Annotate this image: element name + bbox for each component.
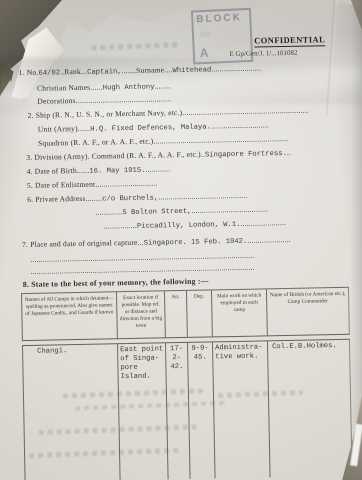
bleed-through-marks [91,42,181,50]
field-number-rank-surname: 1. No.64/02..Rank...Captain,.......Surna… [19,62,339,79]
cell-work: Administra- tive work. [212,341,268,372]
table-header-work: Main work on which employed in each camp [211,289,267,336]
table-header-camps: Names of All Camps in which detained—spe… [21,292,117,340]
no-value: 64/02 [38,69,60,77]
table-header-location: Exact location if possible. Map ref. or … [116,291,165,338]
field-date-of-enlistment: 5. Date of Enlistment...................… [27,177,217,192]
field-christian-names: Christian Names......Hugh Anthony.......… [37,79,277,95]
unit-value: H.Q. Fixed Defences, Malaya. [90,123,211,133]
field-address-line3: ................Piccadilly, London, W.1.… [104,217,336,232]
field-place-date-capture: 7. Place and date of original capture...… [22,234,345,251]
field-address-line2: .............5 Bolton Street,...........… [95,203,335,219]
cell-departure: 9-9- 45. [187,342,213,372]
stamp-middle: No [200,30,211,39]
field-date-of-birth: 4. Date of Birth......16. May 1915......… [27,163,257,178]
stamp-word: BLOCK [196,12,242,25]
date-of-birth-value: 16. May 1915. [89,167,145,176]
no-label: 1. No. [19,68,39,77]
stamp-letter: A [200,46,209,60]
address-line3-value: Piccadilly, London, W.1. [137,221,241,231]
cell-arrival: 17-2- 42. [165,343,188,373]
surname-value: Whitehead [172,66,211,75]
command-value: Singapore Fortress. [205,150,287,160]
questionnaire-form: BLOCK No A CONFIDENTIAL E Gp/Gen/J. 1/..… [0,0,362,480]
field-decorations: Decorations.............................… [37,93,212,107]
rank-value: Captain, [87,68,122,77]
address-line2-value: 5 Bolton Street, [122,208,191,217]
table-header-departure: Dep. [186,290,212,336]
scanned-document-photo: BLOCK No A CONFIDENTIAL E Gp/Gen/J. 1/..… [0,0,362,480]
cell-camp: Changi. [22,344,118,376]
capture-value: Singapore. 15 Feb. 1942. [144,238,248,248]
christian-names-value: Hugh Anthony [103,83,155,92]
reference-number: E Gp/Gen/J. 1/...101082 [229,49,297,58]
table-header-commander: Name of British (or American etc.), Camp… [266,288,350,336]
field-division-command: 3. Division (Army). Command (R. A. F., A… [26,147,343,164]
cell-location: East point of Singa- pore Island. [117,343,166,374]
table-header-row: Names of All Camps in which detained—spe… [21,287,350,340]
address-line1-value: c/o Burchels, [102,194,158,203]
table-header-arrival: Arr. [164,291,187,337]
classification-label: CONFIDENTIAL [254,34,325,47]
cell-commander: Col.E.B.Holmes. [267,340,351,372]
